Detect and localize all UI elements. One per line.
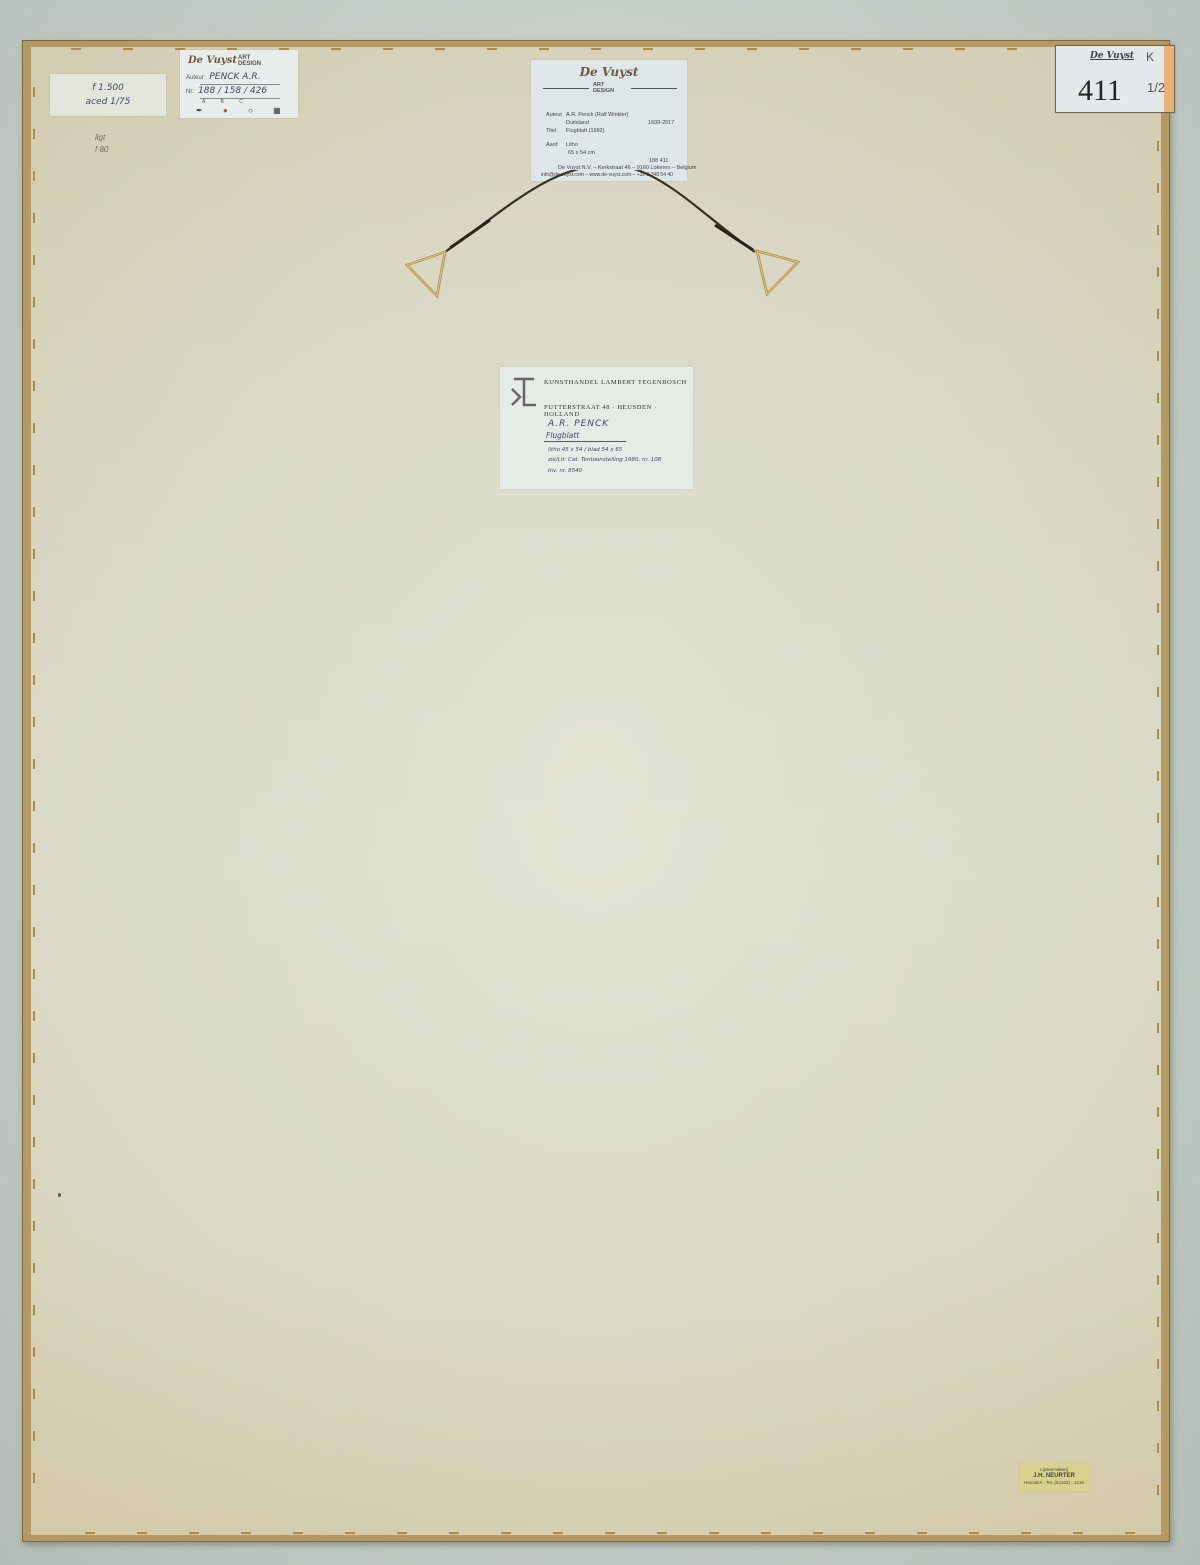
staple xyxy=(657,1532,667,1534)
field-label: Auteur xyxy=(546,112,562,118)
years-value: 1939-2017 xyxy=(648,120,674,126)
staple xyxy=(1157,1065,1159,1075)
staple xyxy=(33,717,35,727)
hanging-wire xyxy=(395,170,810,305)
staple xyxy=(33,969,35,979)
staple xyxy=(33,885,35,895)
staple xyxy=(1157,309,1159,319)
staple xyxy=(1157,393,1159,403)
triangle-hook-right-icon xyxy=(757,251,798,294)
staple xyxy=(709,1532,719,1534)
staple xyxy=(33,129,35,139)
staple xyxy=(851,48,861,50)
staple xyxy=(189,1532,199,1534)
staple xyxy=(33,801,35,811)
handwritten-line1: litho 45 x 54 / blad 54 x 65 xyxy=(548,447,622,453)
staple xyxy=(1157,1401,1159,1411)
staple xyxy=(487,48,497,50)
gallery-address: PUTTERSTRAAT 48 · HEUSDEN · HOLLAND xyxy=(544,404,693,418)
pencil-marks: ligt f 80 xyxy=(95,132,108,156)
pencil-note-line1: f 1.500 xyxy=(50,81,166,95)
kl-monogram-icon xyxy=(510,375,538,409)
lot-number-label: De Vuyst K 411 1/2 xyxy=(1055,45,1175,113)
divider xyxy=(200,84,280,85)
staple xyxy=(33,927,35,937)
field-label: Aard xyxy=(546,142,558,148)
column-letters: A B C xyxy=(202,99,243,105)
field-label: Titel xyxy=(546,128,556,134)
staple xyxy=(1157,1485,1159,1495)
staple xyxy=(1157,981,1159,991)
staple xyxy=(865,1532,875,1534)
author-value: PENCK A.R. xyxy=(209,72,260,82)
staple xyxy=(435,48,445,50)
staple xyxy=(33,1095,35,1105)
pencil-mark-line2: f 80 xyxy=(95,144,108,156)
staple xyxy=(1157,561,1159,571)
staple xyxy=(33,339,35,349)
handwritten-artist: A.R. PENCK xyxy=(548,419,609,429)
staple xyxy=(123,48,133,50)
staple xyxy=(1157,1317,1159,1327)
color-stripe xyxy=(1164,46,1174,112)
staple xyxy=(33,171,35,181)
staple xyxy=(1157,729,1159,739)
staple xyxy=(33,759,35,769)
staple xyxy=(1157,1149,1159,1159)
devuyst-logo: De Vuyst xyxy=(188,55,237,66)
staple xyxy=(1157,603,1159,613)
staple xyxy=(1157,267,1159,277)
staple xyxy=(33,1263,35,1273)
devuyst-inventory-card: De Vuyst ART DESIGN Auteur:PENCK A.R. Nr… xyxy=(180,50,298,118)
staple xyxy=(1157,1023,1159,1033)
staple xyxy=(1157,477,1159,487)
staple xyxy=(553,1532,563,1534)
handwritten-title: Flugblatt xyxy=(546,431,579,440)
title-value: Flugblatt (1982) xyxy=(566,128,605,134)
staple xyxy=(33,1221,35,1231)
staple xyxy=(1157,141,1159,151)
staple xyxy=(1157,645,1159,655)
staple xyxy=(331,48,341,50)
staple xyxy=(33,87,35,97)
staple xyxy=(1125,1532,1135,1534)
staple xyxy=(747,48,757,50)
staple xyxy=(813,1532,823,1534)
staple xyxy=(1157,1359,1159,1369)
staple xyxy=(1157,1233,1159,1243)
staple xyxy=(969,1532,979,1534)
framer-type: Lijstenmakerij xyxy=(1019,1467,1089,1472)
staple xyxy=(33,213,35,223)
staple xyxy=(605,1532,615,1534)
staple xyxy=(33,1011,35,1021)
staple xyxy=(1157,939,1159,949)
handwritten-line2: zie/Lit: Cat. Tentoonstelling 1980, nr. … xyxy=(548,457,661,463)
staple xyxy=(33,1347,35,1357)
lot-number: 411 xyxy=(1078,74,1122,108)
staple xyxy=(799,48,809,50)
staple xyxy=(241,1532,251,1534)
staple xyxy=(903,48,913,50)
devuyst-logo: De Vuyst xyxy=(1090,51,1134,61)
country-value: Duitsland xyxy=(566,120,589,126)
staple xyxy=(695,48,705,50)
staple xyxy=(1157,1275,1159,1285)
divider xyxy=(544,441,626,442)
staple xyxy=(33,1305,35,1315)
staple xyxy=(33,255,35,265)
staple xyxy=(501,1532,511,1534)
staple xyxy=(33,297,35,307)
staple xyxy=(449,1532,459,1534)
staple xyxy=(33,675,35,685)
staple xyxy=(1157,1191,1159,1201)
framer-contact: Heusden - Tel. (04162) - 1216 xyxy=(1019,1480,1089,1485)
grid-square-icon: ▦ xyxy=(273,106,281,115)
staple xyxy=(137,1532,147,1534)
devuyst-logo: De Vuyst xyxy=(531,65,687,79)
staple xyxy=(33,1179,35,1189)
medium-value: Litho xyxy=(566,142,578,148)
staple xyxy=(33,549,35,559)
staple xyxy=(1157,183,1159,193)
number-value: 188 / 158 / 426 xyxy=(198,86,267,96)
staple xyxy=(1157,687,1159,697)
staple xyxy=(1157,1107,1159,1117)
staple xyxy=(71,48,81,50)
staple xyxy=(539,48,549,50)
triangle-hook-left-icon xyxy=(407,252,445,296)
staple xyxy=(1021,1532,1031,1534)
staple xyxy=(33,381,35,391)
staple xyxy=(383,48,393,50)
gallery-name: KUNSTHANDEL LAMBERT TEGENBOSCH xyxy=(544,379,687,386)
staple xyxy=(33,633,35,643)
staple xyxy=(643,48,653,50)
staple xyxy=(33,591,35,601)
staple xyxy=(1157,519,1159,529)
lot-letter: K xyxy=(1146,50,1154,64)
art-design-logo: ART DESIGN xyxy=(238,55,261,67)
staple xyxy=(33,1053,35,1063)
stain-mark xyxy=(58,1193,61,1197)
dimensions-value: 65 x 54 cm xyxy=(568,150,595,156)
staple xyxy=(1157,771,1159,781)
staple xyxy=(33,843,35,853)
staple xyxy=(85,1532,95,1534)
pencil-mark-line1: ligt xyxy=(95,132,108,144)
divider xyxy=(631,88,677,89)
pencil-note-label: f 1.500 aced 1/75 xyxy=(50,74,166,116)
staple xyxy=(33,1473,35,1483)
devuyst-description-card: De Vuyst ART DESIGN Auteur A.R. Penck (R… xyxy=(531,60,687,181)
filled-circle-icon: ● xyxy=(223,106,228,115)
pencil-note-line2: aced 1/75 xyxy=(50,95,166,109)
staple xyxy=(1157,813,1159,823)
staple xyxy=(1157,855,1159,865)
staple xyxy=(33,507,35,517)
author-row: Auteur:PENCK A.R. xyxy=(186,72,261,82)
framer-sticker: Lijstenmakerij J.H. NEURTER Heusden - Te… xyxy=(1019,1463,1089,1491)
divider xyxy=(543,88,589,89)
number-row: Nr:188 / 158 / 426 xyxy=(186,86,267,96)
staple xyxy=(1073,1532,1083,1534)
staple xyxy=(1157,1443,1159,1453)
staple xyxy=(33,1431,35,1441)
staple xyxy=(33,465,35,475)
gallery-label: KUNSTHANDEL LAMBERT TEGENBOSCH PUTTERSTR… xyxy=(500,367,693,489)
handwritten-line3: Inv. nr. 8540 xyxy=(548,468,582,474)
condition-symbols: ✒ ● ○ ▦ xyxy=(196,106,281,115)
lot-fraction: 1/2 xyxy=(1147,80,1165,95)
staple xyxy=(33,1389,35,1399)
staple xyxy=(1157,897,1159,907)
author-value: A.R. Penck (Ralf Winkler) xyxy=(566,112,628,118)
staple xyxy=(33,1137,35,1147)
framer-name: J.H. NEURTER xyxy=(1019,1473,1089,1479)
reference-number: 188 411 xyxy=(649,158,668,164)
staple xyxy=(1157,225,1159,235)
staple xyxy=(1007,48,1017,50)
staple xyxy=(345,1532,355,1534)
staple xyxy=(917,1532,927,1534)
art-design-logo: ART DESIGN xyxy=(593,82,614,94)
staple xyxy=(761,1532,771,1534)
staple xyxy=(33,423,35,433)
staple xyxy=(1157,351,1159,361)
pen-icon: ✒ xyxy=(196,106,203,115)
staple xyxy=(397,1532,407,1534)
empty-circle-icon: ○ xyxy=(248,106,253,115)
staple xyxy=(591,48,601,50)
staple xyxy=(293,1532,303,1534)
staple xyxy=(1157,435,1159,445)
staple xyxy=(955,48,965,50)
